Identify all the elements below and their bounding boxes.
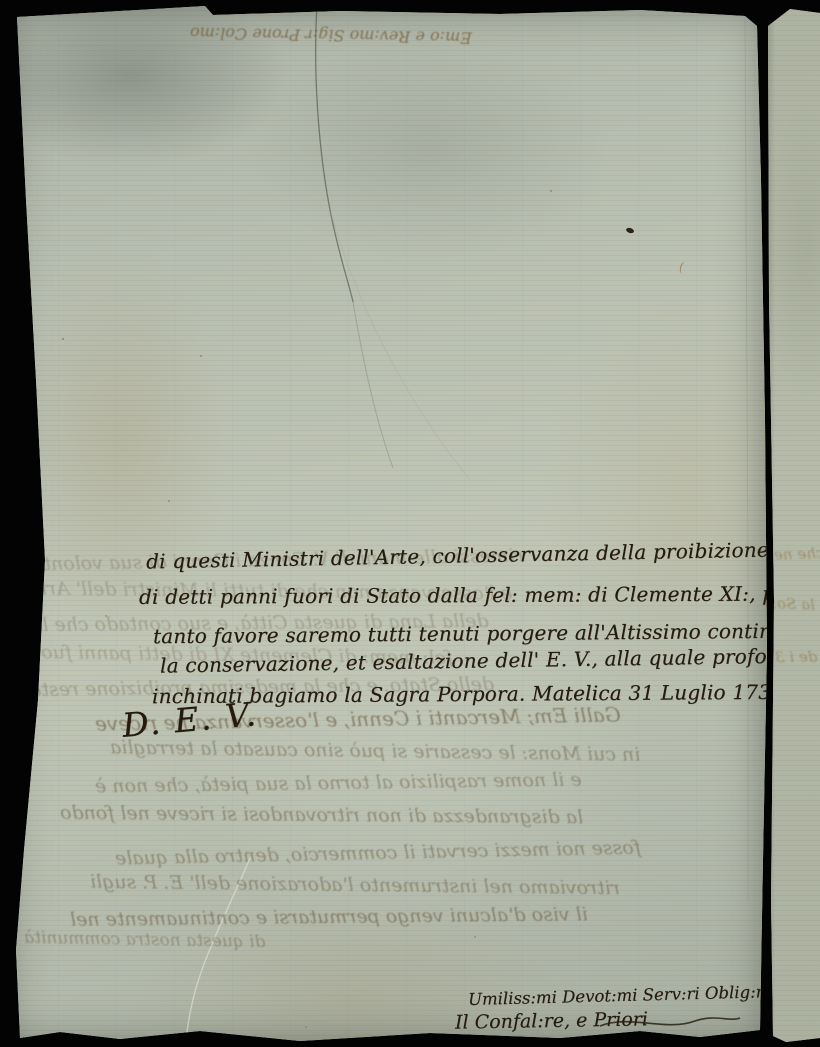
show-through-text: e il nome raspilizio al torno la sua pie… [95,769,582,798]
show-through-line: di questa nostra communità [24,928,266,952]
show-through-line: in cui Mons: le cessarie si può sino cau… [110,736,641,765]
show-through-text: in cui Mons: le cessarie si può sino cau… [110,736,641,765]
ink-speck [625,227,634,234]
strip-show-through: che ne [774,544,820,564]
show-through-line: la disgrandezza di non ritrovandosi si r… [60,802,583,829]
show-through-text: la disgrandezza di non ritrovandosi si r… [60,802,583,829]
rust-mark [679,261,689,274]
strip-show-through: de i 3 [775,648,818,667]
show-through-line: fosse noi mezzi cervati il commercio, de… [115,836,641,869]
signature-line-1: Umiliss:mi Devot:mi Serv:ri Oblig:mi [468,982,777,1009]
photograph-background: Em:o e Rev:mo Sig:r Prone Col:mo rimessi… [0,0,820,1047]
foxing-spots [62,338,64,340]
show-through-line: ritroviamo nel instrumento l'adorazione … [90,871,620,899]
show-through-text: di questa nostra communità [24,928,266,952]
strip-show-through: la So: [772,594,815,613]
signature-line-2: Il Confal:re, e Priori [455,1008,648,1033]
body-line-1: di questi Ministri dell'Arte, coll'osser… [146,536,820,573]
show-through-text: ritroviamo nel instrumento l'adorazione … [90,871,620,899]
body-line-2: di detti panni fuori di Stato dalla fel:… [139,581,820,609]
show-through-line: il viso d'alcuni vengo permutarsi e cont… [70,903,588,930]
address-show-through: Em:o e Rev:mo Sig:r Prone Col:mo [190,24,472,48]
show-through-text: il viso d'alcuni vengo permutarsi e cont… [70,903,588,930]
letter-page: Em:o e Rev:mo Sig:r Prone Col:mo rimessi… [0,0,770,1047]
show-through-text: fosse noi mezzi cervati il commercio, de… [115,836,641,869]
show-through-line: e il nome raspilizio al torno la sua pie… [95,769,582,798]
